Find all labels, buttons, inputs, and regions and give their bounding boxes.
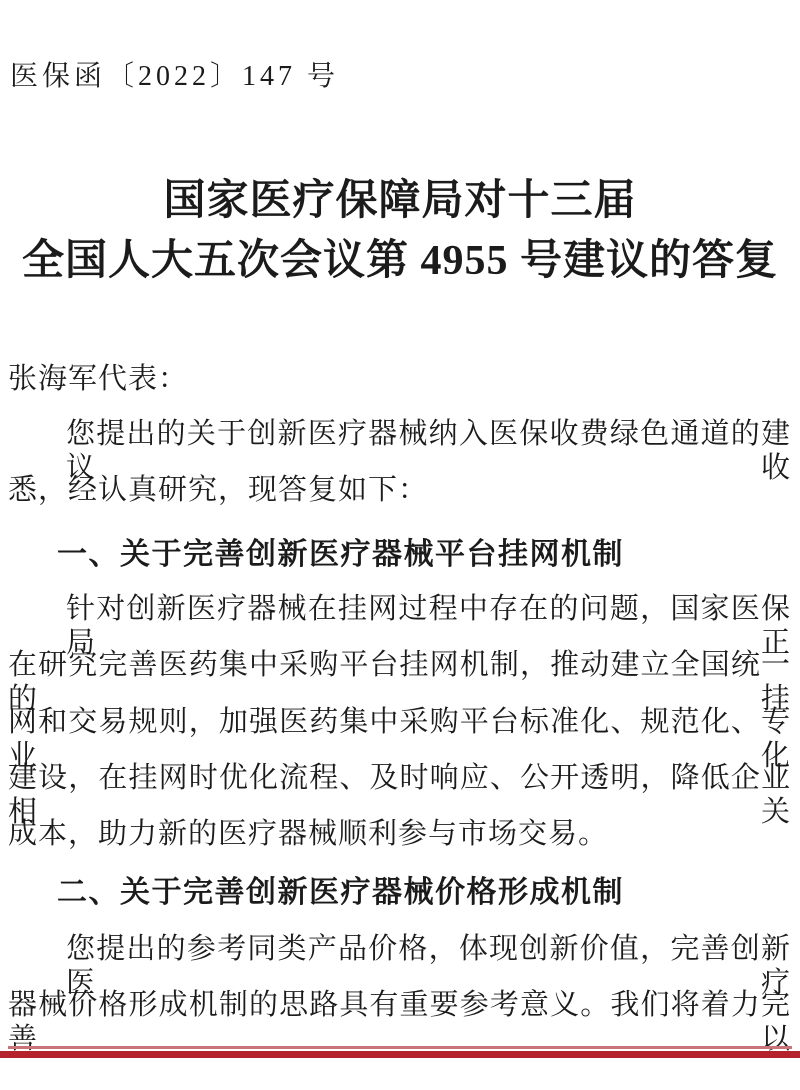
title-line-1: 国家医疗保障局对十三届 xyxy=(0,177,800,225)
document-page: 医保函〔2022〕147 号 国家医疗保障局对十三届 全国人大五次会议第 495… xyxy=(0,0,800,1090)
section-1-heading: 一、关于完善创新医疗器械平台挂网机制 xyxy=(57,537,790,573)
doc-number: 医保函〔2022〕147 号 xyxy=(10,60,339,94)
page-bottom-rule-thin xyxy=(8,1046,792,1049)
title-line-2: 全国人大五次会议第 4955 号建议的答复 xyxy=(0,237,800,285)
page-bottom-rule-thick xyxy=(0,1051,800,1058)
salutation: 张海军代表： xyxy=(8,362,790,396)
body-line: 成本，助力新的医疗器械顺利参与市场交易。 xyxy=(8,817,790,851)
section-2-heading: 二、关于完善创新医疗器械价格形成机制 xyxy=(57,875,790,911)
intro-line-2: 悉，经认真研究，现答复如下： xyxy=(8,473,790,507)
